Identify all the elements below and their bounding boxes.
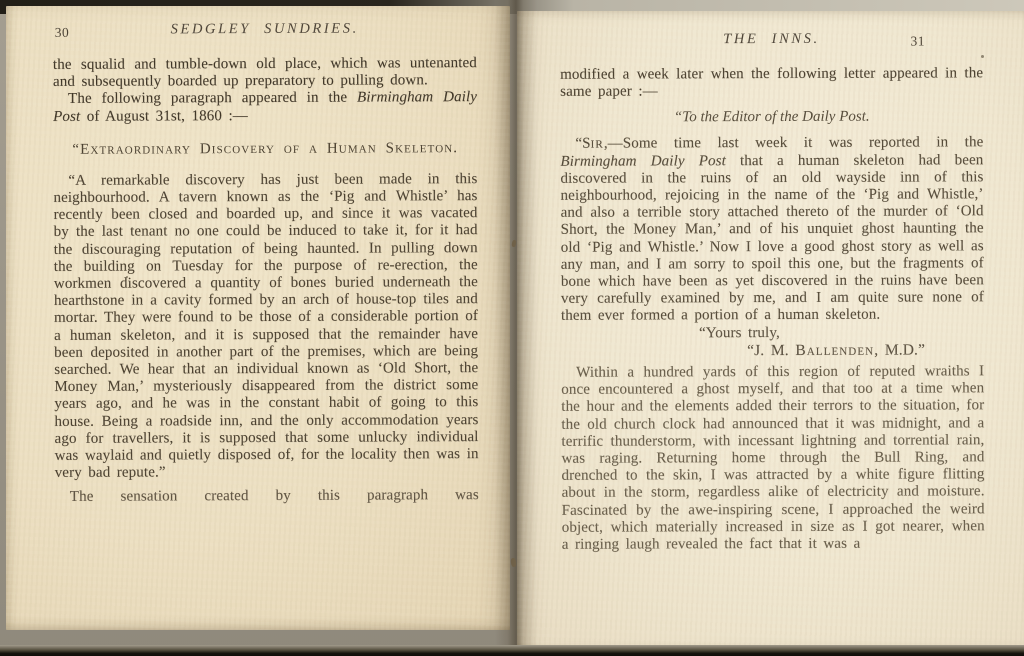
left-page: 30 SEDGLEY SUNDRIES. the squalid and tum… [6,6,510,630]
article-body-paragraph: “A remarkable discovery has just been ma… [53,171,478,483]
book-bottom-edge [0,645,1024,656]
closing-line: The sensation created by this paragraph … [55,488,479,507]
lead-in-paragraph: The following paragraph appeared in the … [53,89,477,125]
right-page: THE INNS. 31 modified a week later when … [517,11,1024,650]
continuation-paragraph: the squalid and tumble-down old place, w… [53,55,477,91]
right-page-content: THE INNS. 31 modified a week later when … [516,10,1024,651]
ink-speck [981,55,984,58]
continuation-paragraph: modified a week later when the following… [560,65,983,101]
book-scan: 30 SEDGLEY SUNDRIES. the squalid and tum… [0,0,1024,656]
letter-salutation: “To the Editor of the Daily Post. [560,109,983,127]
page-number: 31 [910,33,925,49]
letter-valediction: “Yours truly, [561,324,984,343]
left-page-header: 30 SEDGLEY SUNDRIES. [53,20,477,46]
article-heading: “Extraordinary Discovery of a Human Skel… [53,139,477,160]
right-page-header: THE INNS. 31 [560,30,983,55]
gutter-tear-mark [510,558,516,568]
page-number: 30 [55,25,70,41]
letter-body-paragraph: “Sir,—Some time last week it was reporte… [560,135,984,326]
letter-signature: “J. M. Ballenden, M.D.” [561,341,984,360]
left-page-content: 30 SEDGLEY SUNDRIES. the squalid and tum… [5,5,512,631]
ink-speck [126,276,128,278]
running-header: SEDGLEY SUNDRIES. [53,20,477,39]
ghost-story-paragraph: Within a hundred yards of this region of… [561,363,985,554]
